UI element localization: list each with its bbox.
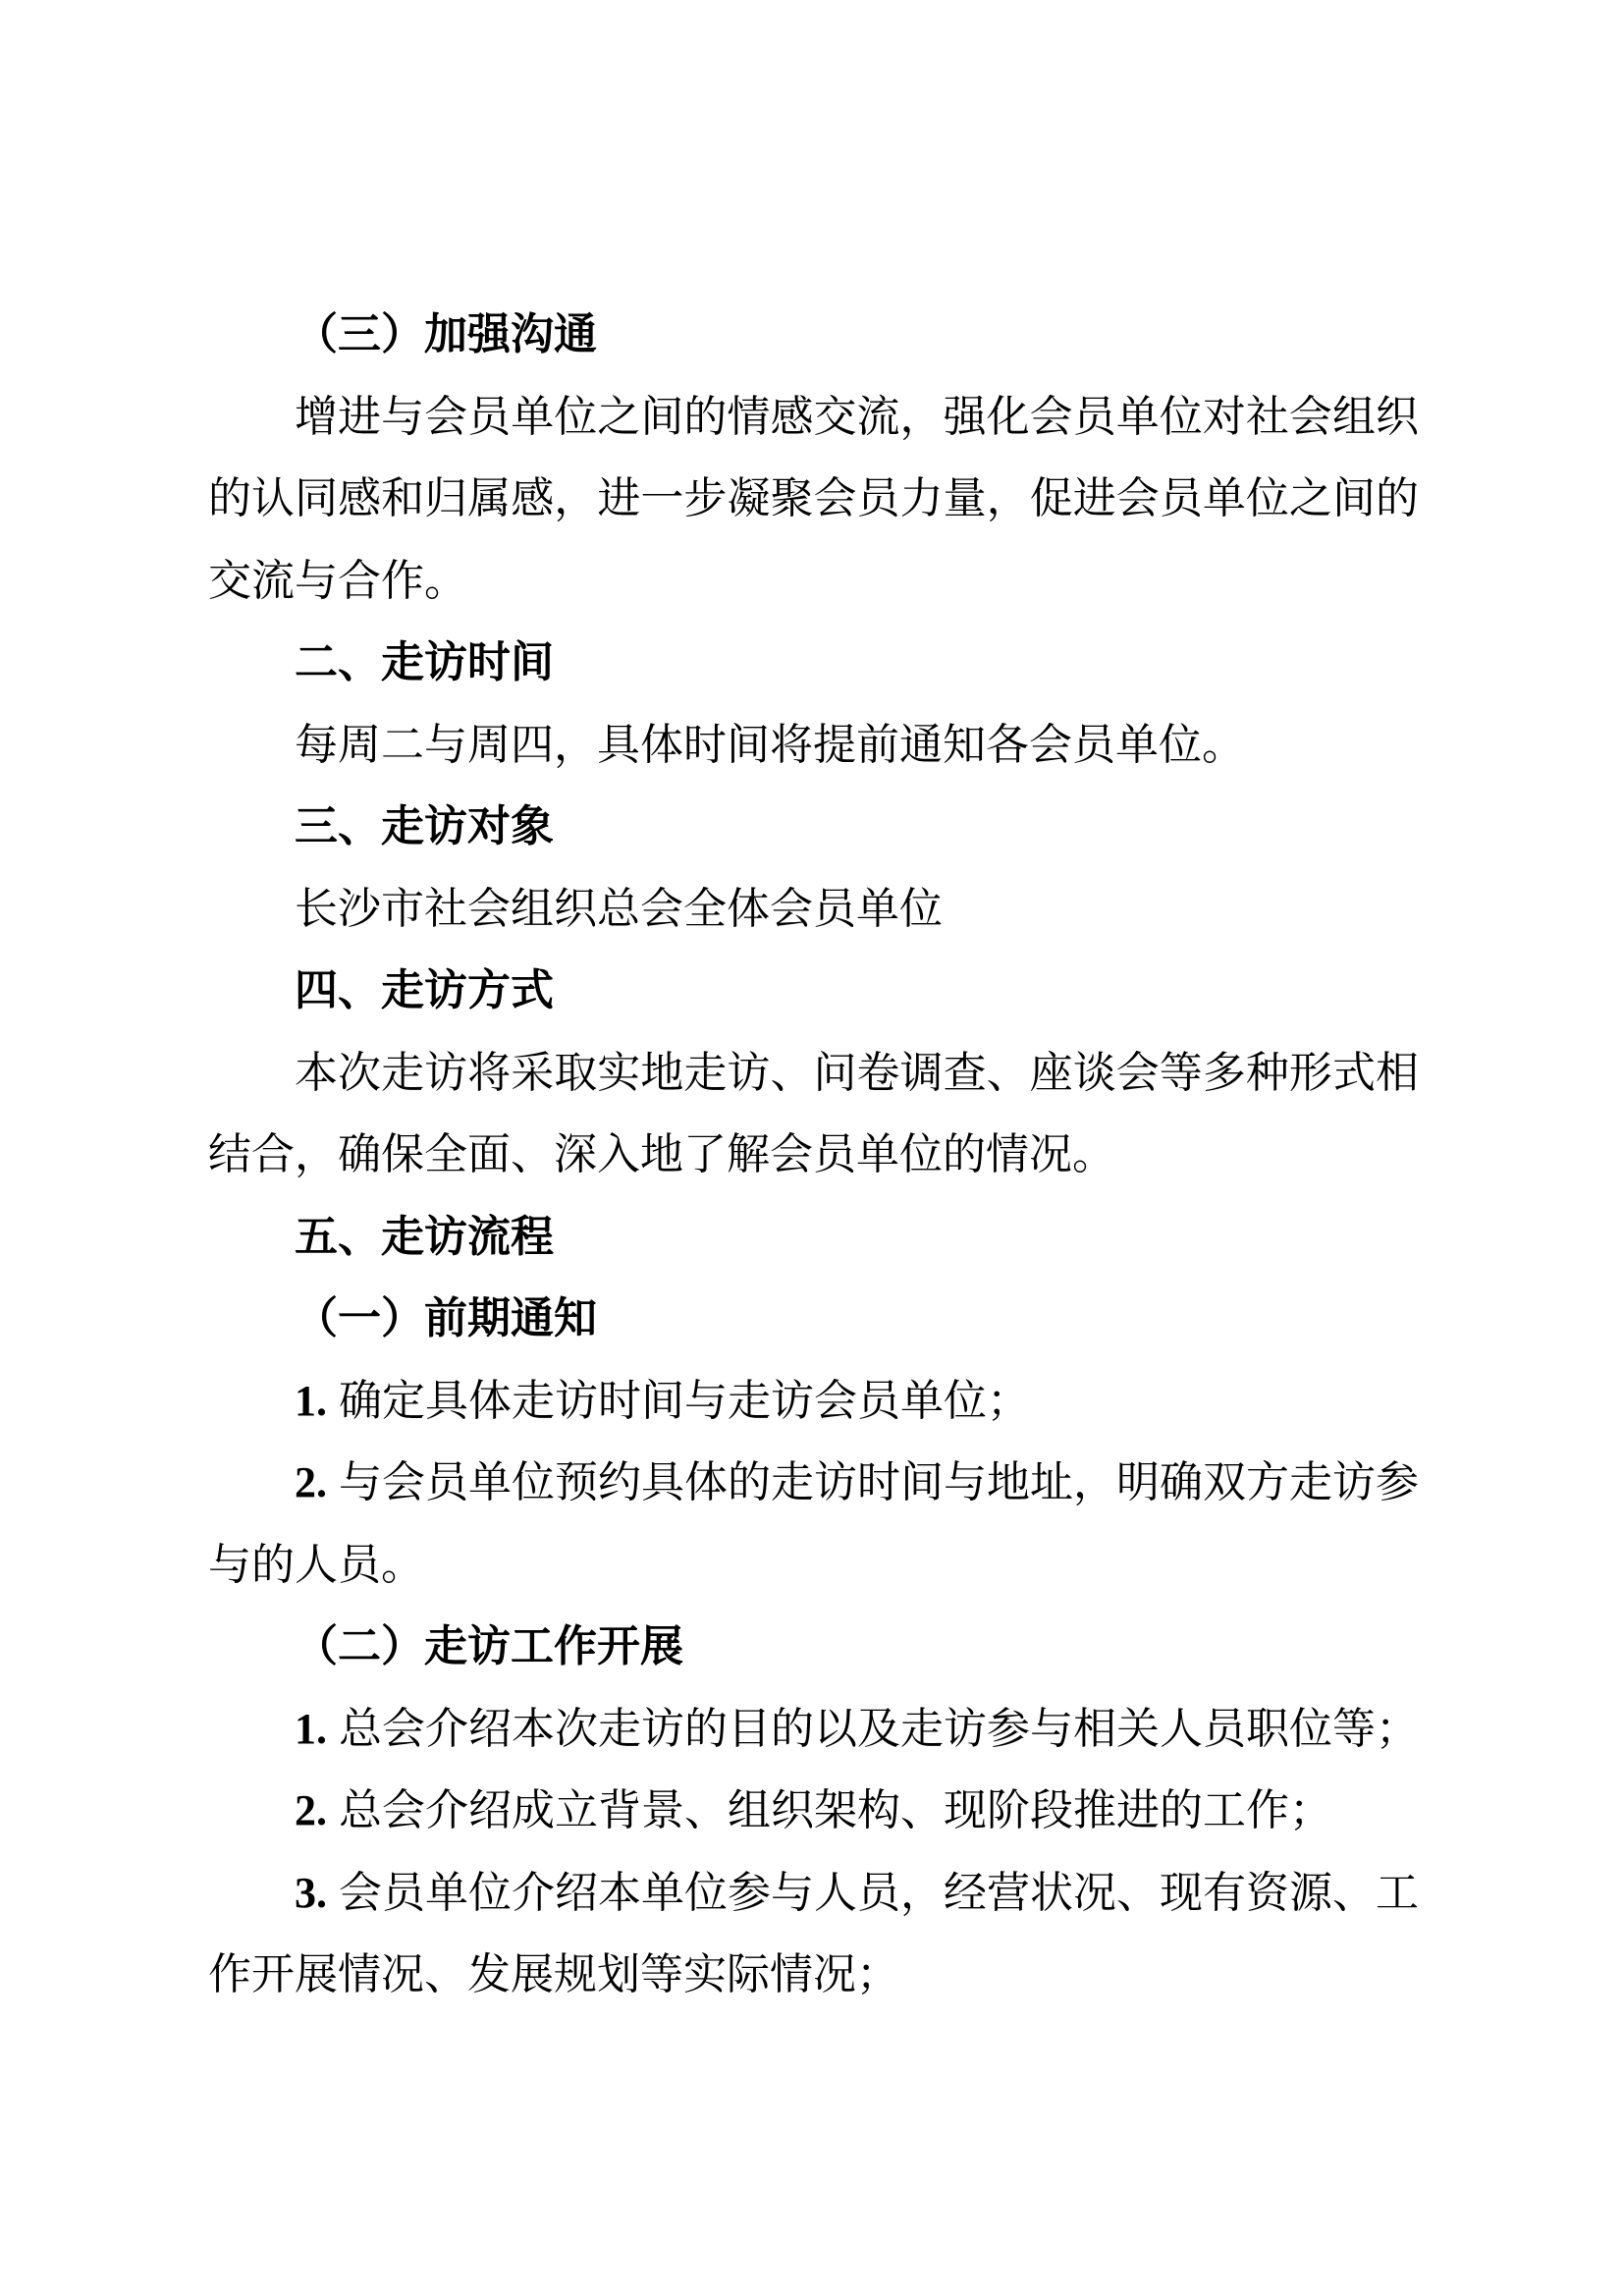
text-content: （三）加强沟通 增进与会员单位之间的情感交流，强化会员单位对社会组织 的认同感和… [208,294,1419,2016]
body-text: 确定具体走访时间与走访会员单位； [339,1377,1030,1425]
heading-text: 五、走访流程 [295,1213,554,1261]
body-text: 长沙市社会组织总会全体会员单位 [295,885,943,933]
heading-text: （三）加强沟通 [295,310,597,358]
list-number: 1. [295,1705,327,1753]
body-text: 的认同感和归属感，进一步凝聚会员力量，促进会员单位之间的 [208,474,1419,522]
subheading-3-strengthen-communication: （三）加强沟通 [208,294,1419,376]
heading-text: （一）前期通知 [295,1294,597,1342]
list-number: 3. [295,1869,327,1917]
body-text: 与会员单位预约具体的走访时间与地址，明确双方走访参 [339,1458,1419,1506]
subheading-1-advance-notice: （一）前期通知 [208,1278,1419,1360]
paragraph-line: 作开展情况、发展规划等实际情况； [208,1934,1419,2016]
heading-3-visit-targets: 三、走访对象 [208,786,1419,868]
body-text: 本次走访将采取实地走访、问卷调查、座谈会等多种形式相 [295,1049,1419,1097]
body-text: 会员单位介绍本单位参与人员，经营状况、现有资源、工 [339,1869,1419,1917]
paragraph-line: 与的人员。 [208,1524,1419,1607]
list-item-line: 2.与会员单位预约具体的走访时间与地址，明确双方走访参 [208,1442,1419,1524]
list-item-line: 3.会员单位介绍本单位参与人员，经营状况、现有资源、工 [208,1852,1419,1935]
body-text: 与的人员。 [208,1541,424,1589]
list-number: 1. [295,1377,327,1425]
heading-text: 二、走访时间 [295,638,554,686]
body-text: 每周二与周四，具体时间将提前通知各会员单位。 [295,721,1245,769]
paragraph-line: 结合，确保全面、深入地了解会员单位的情况。 [208,1114,1419,1196]
list-item-line: 1.确定具体走访时间与走访会员单位； [208,1360,1419,1443]
heading-text: （二）走访工作开展 [295,1622,683,1670]
paragraph-line: 本次走访将采取实地走访、问卷调查、座谈会等多种形式相 [208,1032,1419,1115]
body-text: 增进与会员单位之间的情感交流，强化会员单位对社会组织 [295,393,1419,441]
subheading-2-visit-work: （二）走访工作开展 [208,1606,1419,1688]
paragraph-line: 每周二与周四，具体时间将提前通知各会员单位。 [208,704,1419,787]
heading-text: 三、走访对象 [295,802,554,850]
body-text: 结合，确保全面、深入地了解会员单位的情况。 [208,1130,1115,1178]
list-number: 2. [295,1786,327,1834]
body-text: 交流与合作。 [208,557,467,605]
paragraph-line: 长沙市社会组织总会全体会员单位 [208,868,1419,951]
list-item-line: 2.总会介绍成立背景、组织架构、现阶段推进的工作； [208,1770,1419,1852]
list-item-line: 1.总会介绍本次走访的目的以及走访参与相关人员职位等； [208,1688,1419,1771]
heading-text: 四、走访方式 [295,966,554,1014]
heading-2-visit-time: 二、走访时间 [208,622,1419,704]
list-number: 2. [295,1458,327,1506]
body-text: 总会介绍本次走访的目的以及走访参与相关人员职位等； [339,1705,1419,1753]
heading-4-visit-method: 四、走访方式 [208,950,1419,1032]
body-text: 总会介绍成立背景、组织架构、现阶段推进的工作； [339,1786,1332,1834]
paragraph-line: 交流与合作。 [208,540,1419,623]
document-page: （三）加强沟通 增进与会员单位之间的情感交流，强化会员单位对社会组织 的认同感和… [0,0,1623,2296]
heading-5-visit-process: 五、走访流程 [208,1196,1419,1279]
paragraph-line: 增进与会员单位之间的情感交流，强化会员单位对社会组织 [208,376,1419,459]
body-text: 作开展情况、发展规划等实际情况； [208,1950,899,1998]
paragraph-line: 的认同感和归属感，进一步凝聚会员力量，促进会员单位之间的 [208,458,1419,540]
